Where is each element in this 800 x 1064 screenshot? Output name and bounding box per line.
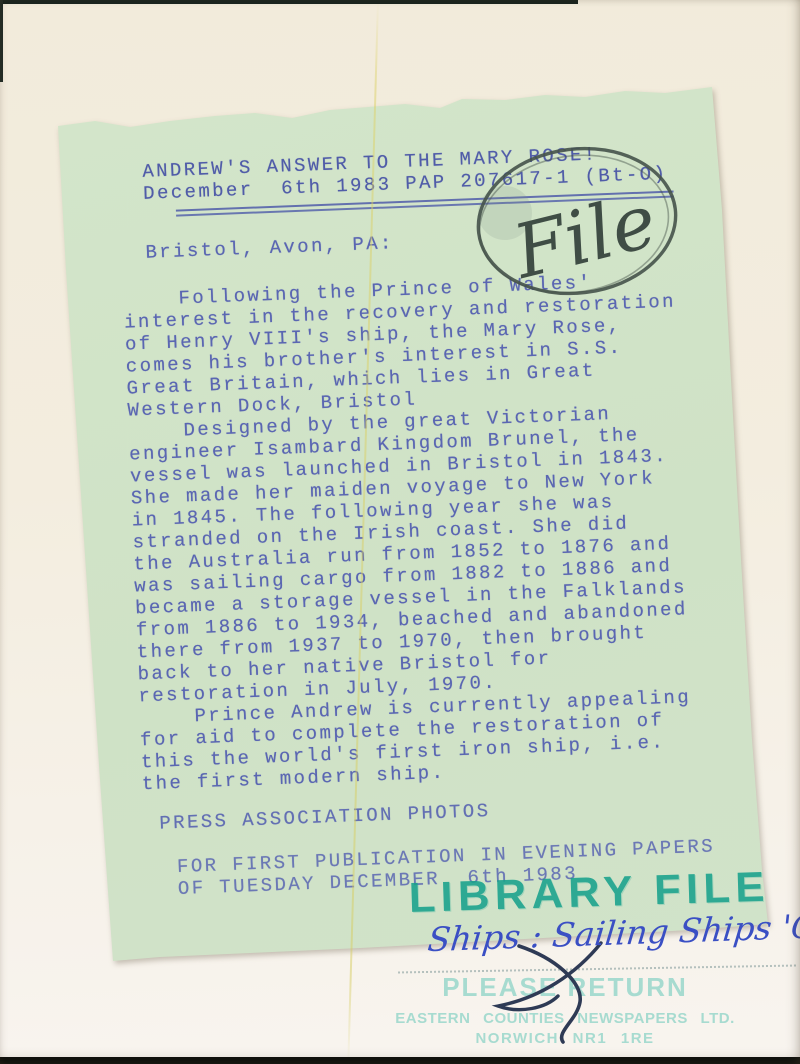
agency-credit: PRESS ASSOCIATION PHOTOS [159,791,714,834]
please-return-text: PLEASE RETURN [330,972,800,1003]
publisher-address: NORWICH NR1 1RE [330,1030,800,1047]
caption-body: Following the Prince of Wales'interest i… [123,268,712,796]
scan-edge-top [0,0,578,4]
photo-backing-card: ANDREW'S ANSWER TO THE MARY ROSE! Decemb… [0,0,800,1064]
typed-caption-block: ANDREW'S ANSWER TO THE MARY ROSE! Decemb… [112,140,716,902]
please-return-stamp: PLEASE RETURN EASTERN COUNTIES NEWSPAPER… [330,972,800,1047]
scan-edge-left [0,0,3,82]
publisher-name: EASTERN COUNTIES NEWSPAPERS LTD. [330,1010,800,1027]
scan-edge-bottom [0,1057,800,1064]
caption-dateline: Bristol, Avon, PA: [145,221,692,264]
